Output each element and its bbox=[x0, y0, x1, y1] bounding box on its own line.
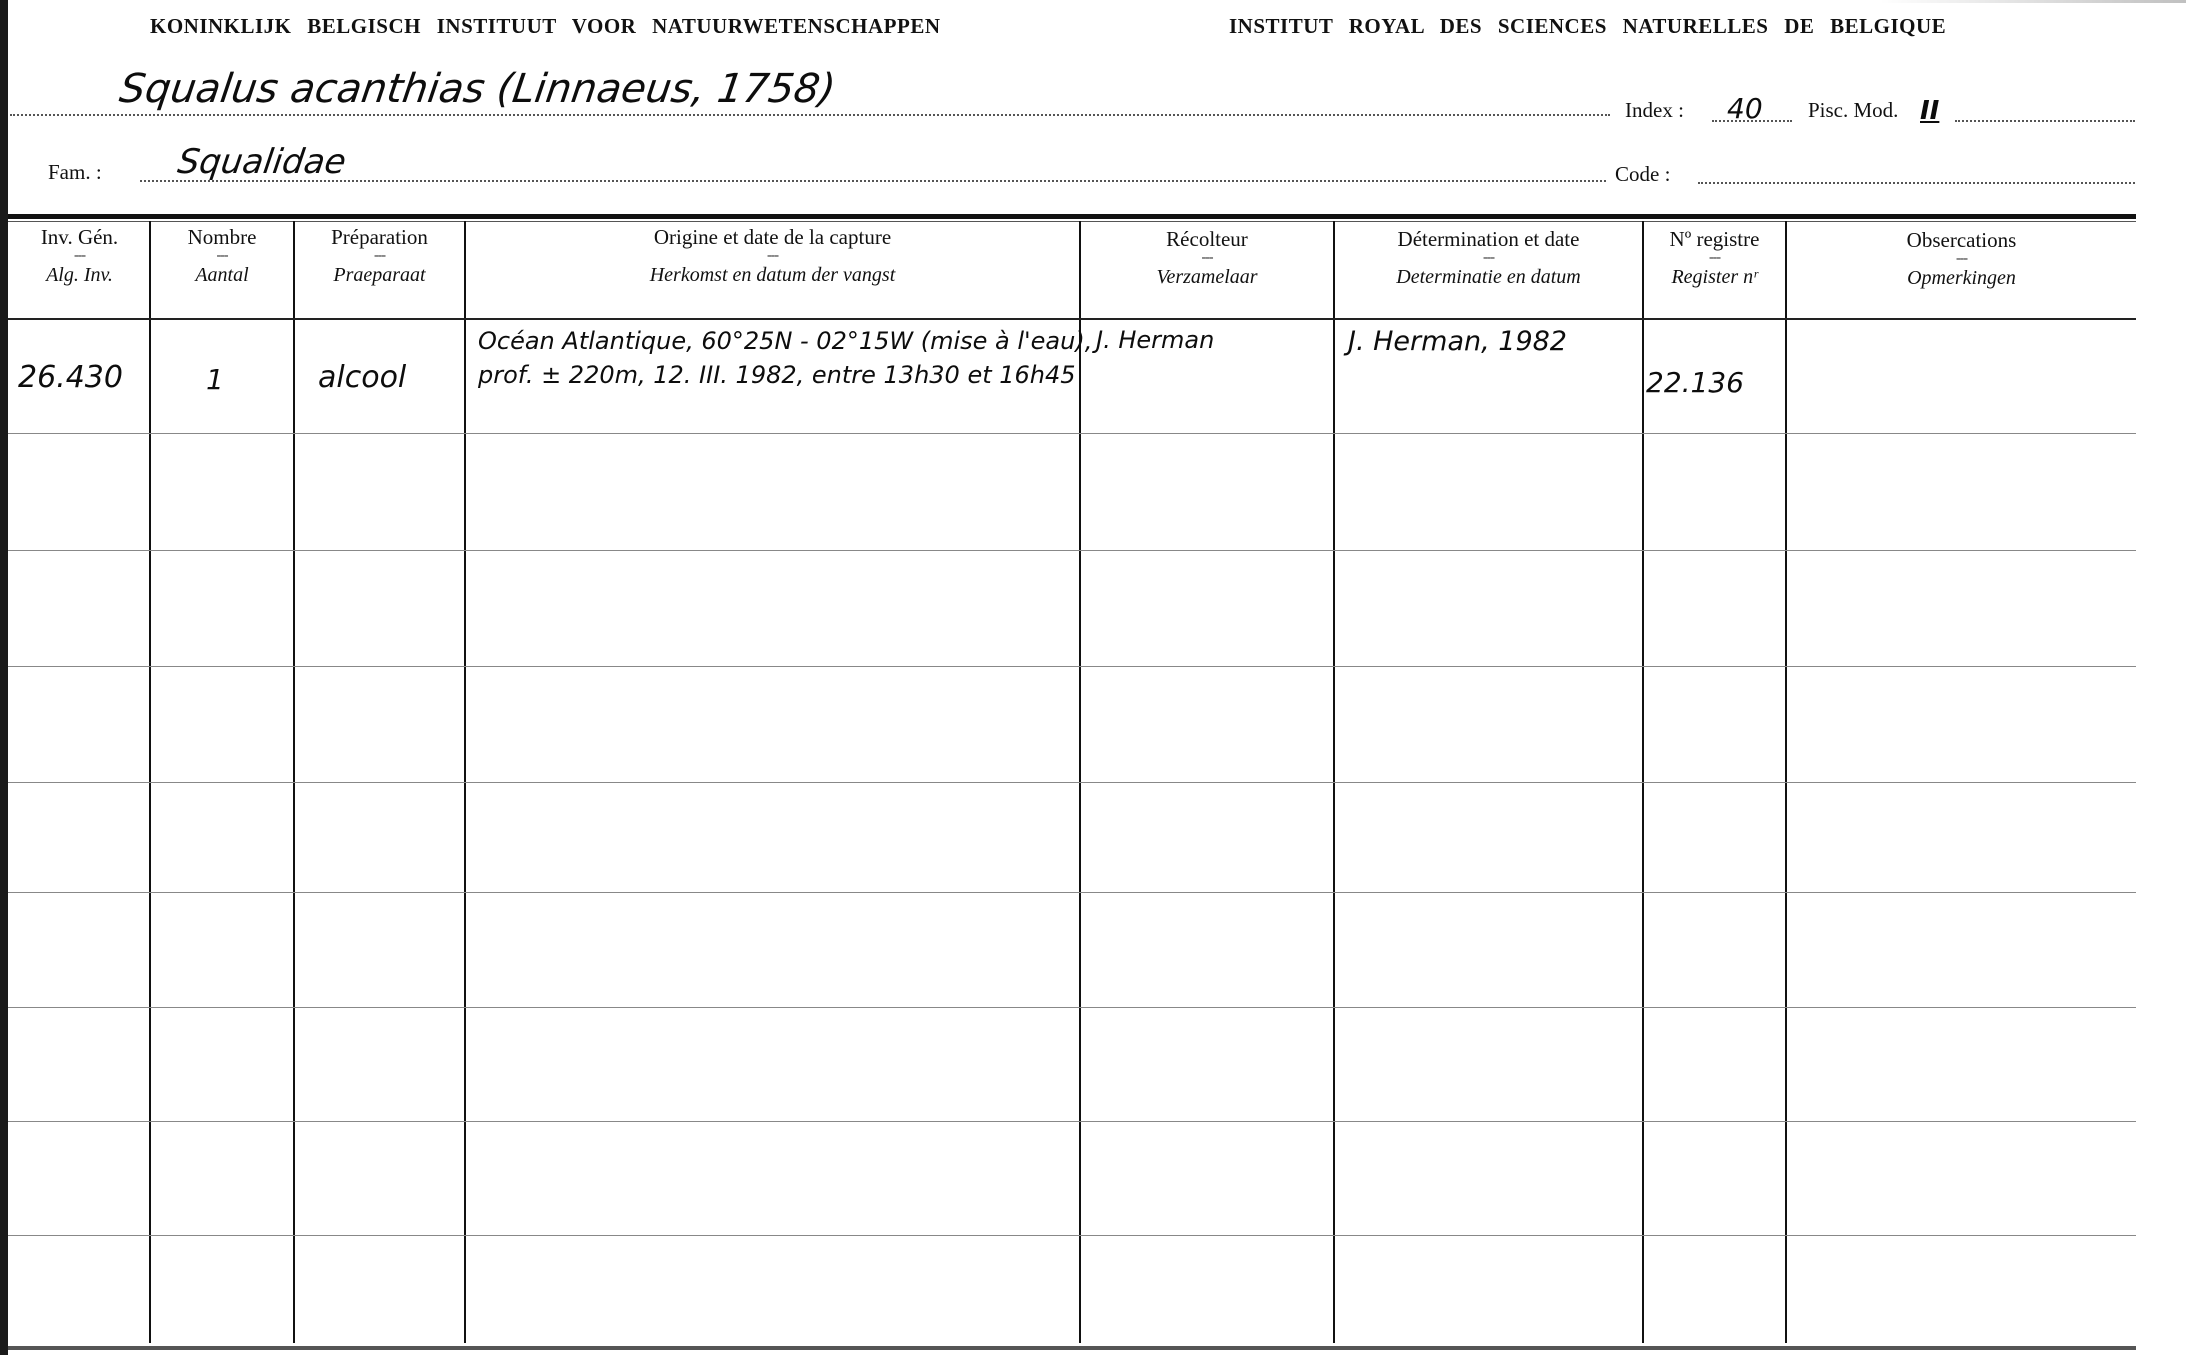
header-nl: Praeparaat bbox=[295, 262, 464, 288]
header-separator: --- bbox=[295, 250, 464, 262]
table-top-rule-thin bbox=[8, 221, 2136, 222]
family-value: Squalidae bbox=[175, 142, 348, 182]
header-separator: --- bbox=[1081, 252, 1333, 264]
header-nl: Aantal bbox=[151, 262, 293, 288]
cell-registre: 22.136 bbox=[1646, 366, 1744, 399]
row-line bbox=[8, 892, 2136, 893]
column-header-preparation: Préparation --- Praeparaat bbox=[295, 224, 464, 288]
family-label: Fam. : bbox=[48, 160, 102, 185]
header-fr: Préparation bbox=[331, 225, 428, 249]
header-nl: Opmerkingen bbox=[1787, 265, 2136, 291]
column-header-inv-gen: Inv. Gén. --- Alg. Inv. bbox=[10, 224, 149, 288]
header-separator: --- bbox=[151, 250, 293, 262]
header-fr: Origine et date de la capture bbox=[654, 225, 891, 249]
row-line bbox=[8, 1121, 2136, 1122]
header-fr: Inv. Gén. bbox=[41, 225, 118, 249]
pisc-mod-label: Pisc. Mod. bbox=[1808, 98, 1898, 123]
header-separator: --- bbox=[1644, 252, 1785, 264]
header-fr: Détermination et date bbox=[1398, 227, 1580, 251]
column-header-observations: Obsercations --- Opmerkingen bbox=[1787, 227, 2136, 291]
header-nl: Verzamelaar bbox=[1081, 264, 1333, 290]
header-separator: --- bbox=[10, 250, 149, 262]
cell-inv-gen: 26.430 bbox=[18, 360, 123, 395]
species-name: Squalus acanthias (Linnaeus, 1758) bbox=[117, 66, 839, 112]
header-separator: --- bbox=[466, 250, 1079, 262]
pisc-mod-dotted-line bbox=[1955, 120, 2135, 122]
index-label: Index : bbox=[1625, 98, 1684, 123]
header-nl: Herkomst en datum der vangst bbox=[466, 262, 1079, 288]
header-separator: --- bbox=[1335, 252, 1642, 264]
column-header-nombre: Nombre --- Aantal bbox=[151, 224, 293, 288]
header-nl: Alg. Inv. bbox=[10, 262, 149, 288]
table-top-rule bbox=[8, 214, 2136, 219]
row-line bbox=[8, 666, 2136, 667]
cell-origine: Océan Atlantique, 60°25N - 02°15W (mise … bbox=[478, 324, 1092, 392]
scan-shadow bbox=[1880, 0, 2186, 3]
origine-line-2: prof. ± 220m, 12. III. 1982, entre 13h30… bbox=[478, 358, 1092, 392]
institute-name-dutch: KONINKLIJK BELGISCH INSTITUUT VOOR NATUU… bbox=[150, 14, 941, 39]
cell-preparation: alcool bbox=[318, 360, 406, 395]
header-separator: --- bbox=[1787, 253, 2136, 265]
header-fr: Obsercations bbox=[1907, 228, 2017, 252]
origine-line-1: Océan Atlantique, 60°25N - 02°15W (mise … bbox=[478, 324, 1092, 358]
row-line bbox=[8, 782, 2136, 783]
species-dotted-line bbox=[10, 114, 1610, 116]
header-nl: Determinatie en datum bbox=[1335, 264, 1642, 290]
cell-nombre: 1 bbox=[206, 363, 224, 396]
table-bottom-rule bbox=[8, 1346, 2136, 1350]
family-dotted-line bbox=[140, 180, 1606, 182]
header-nl: Register nʳ bbox=[1644, 264, 1785, 290]
row-line bbox=[8, 1235, 2136, 1236]
card-left-edge bbox=[0, 0, 8, 1355]
cell-recolteur: J. Herman bbox=[1096, 326, 1214, 354]
header-fr: Nº registre bbox=[1670, 227, 1760, 251]
pisc-mod-value: II bbox=[1920, 96, 1939, 126]
row-line bbox=[8, 550, 2136, 551]
column-header-registre: Nº registre --- Register nʳ bbox=[1644, 226, 1785, 290]
header-bottom-line bbox=[8, 318, 2136, 320]
column-header-origine: Origine et date de la capture --- Herkom… bbox=[466, 224, 1079, 288]
cell-determination: J. Herman, 1982 bbox=[1348, 326, 1567, 357]
code-dotted-line bbox=[1698, 182, 2135, 184]
row-line bbox=[8, 433, 2136, 434]
column-header-recolteur: Récolteur --- Verzamelaar bbox=[1081, 226, 1333, 290]
column-header-determination: Détermination et date --- Determinatie e… bbox=[1335, 226, 1642, 290]
header-fr: Nombre bbox=[188, 225, 257, 249]
index-value: 40 bbox=[1727, 92, 1763, 125]
row-line bbox=[8, 1007, 2136, 1008]
institute-name-french: INSTITUT ROYAL DES SCIENCES NATURELLES D… bbox=[1229, 14, 1946, 39]
code-label: Code : bbox=[1615, 162, 1670, 187]
header-fr: Récolteur bbox=[1166, 227, 1248, 251]
